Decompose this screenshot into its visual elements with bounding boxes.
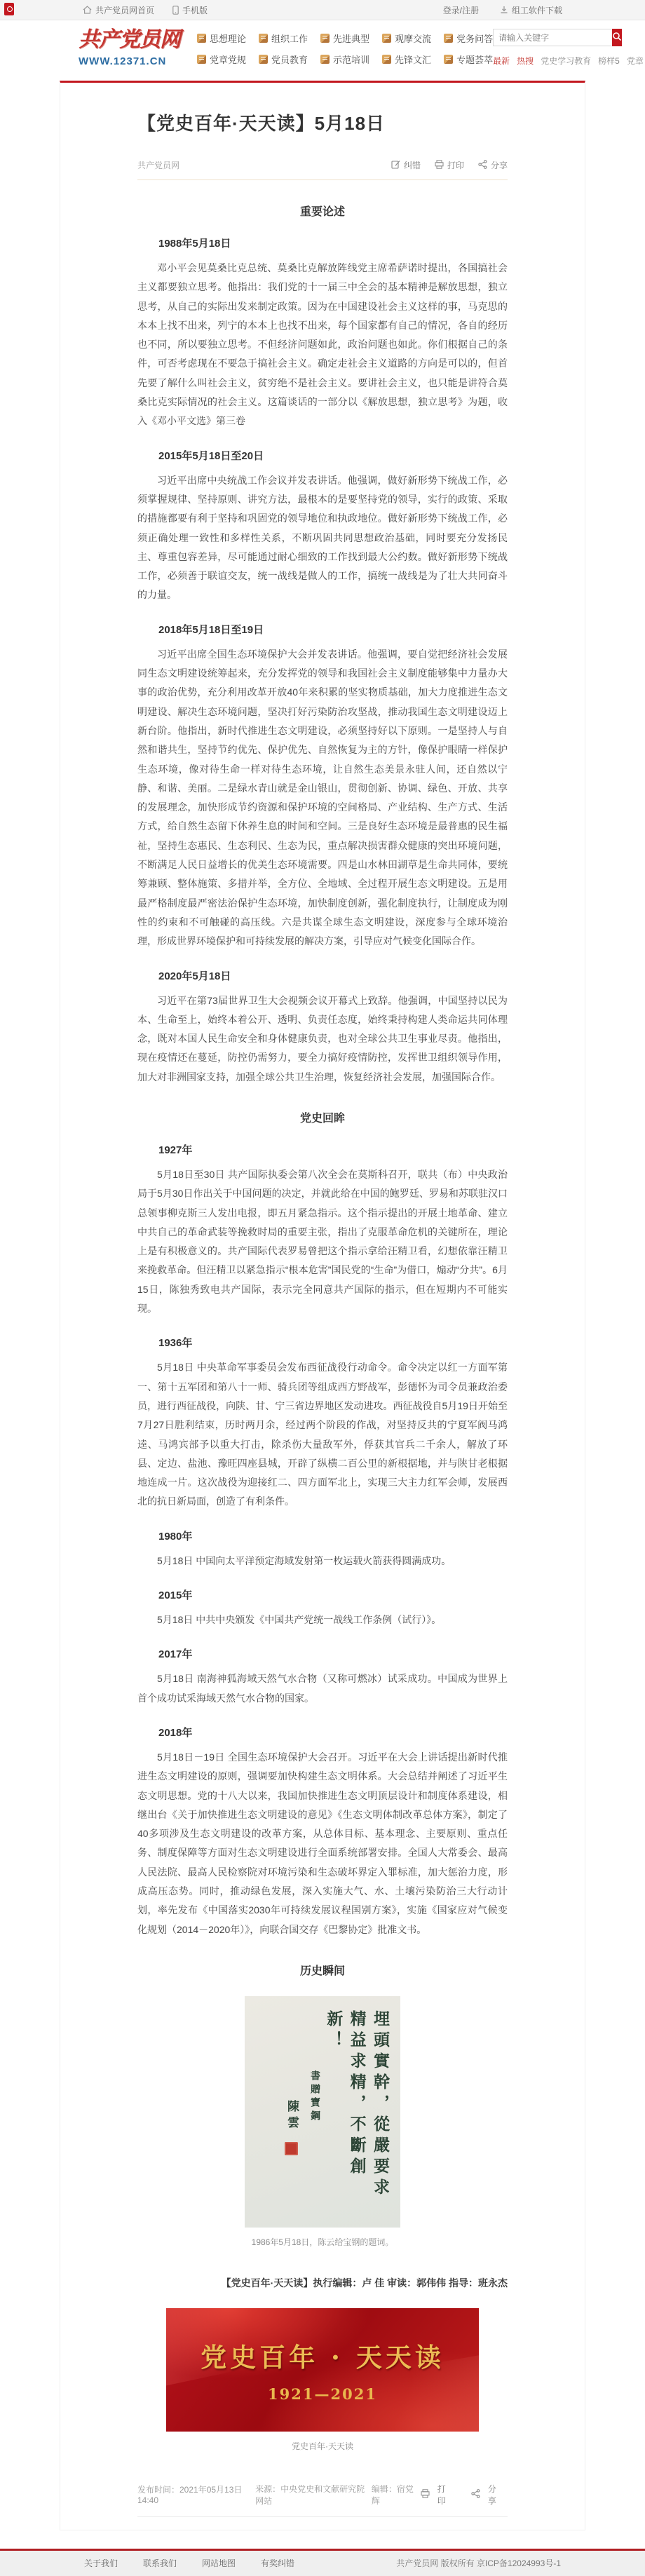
hot-word-dangzhang[interactable]: 党章 [627, 55, 644, 67]
search-button[interactable] [612, 29, 622, 46]
nav-doc-icon [259, 55, 268, 64]
nav-label: 先进典型 [333, 32, 369, 45]
site-badge-icon [4, 3, 14, 15]
entry-paragraph: 5月18日－19日 全国生态环境保护大会召开。习近平在大会上讲话提出新时代推进生… [137, 1748, 508, 1939]
footer-link-contact[interactable]: 联系我们 [143, 2557, 177, 2569]
nav-doc-icon [197, 34, 206, 43]
entry-paragraph: 5月18日 中央革命军事委员会发布西征战役行动命令。命令决定以红一方面军第一、第… [137, 1358, 508, 1511]
share-label: 分享 [491, 159, 508, 171]
nav-item-dangwu-wenda[interactable]: 党务问答 [444, 32, 493, 45]
article-source: 共产党员网 [137, 159, 179, 171]
section-heading-important-remarks: 重要论述 [137, 203, 508, 219]
nav-label: 示范培训 [333, 53, 369, 66]
entry-date: 2018年 [137, 1725, 508, 1740]
site-logo-url: WWW.12371.CN [79, 55, 180, 67]
calligraphy-caption: 1986年5月18日，陈云给宝钢的题词。 [137, 2236, 508, 2248]
publish-time: 发布时间：2021年05月13日 14:40 [137, 2483, 251, 2505]
entry-paragraph: 习近平在第73届世界卫生大会视频会议开幕式上致辞。他强调，中国坚持以民为本、生命… [137, 991, 508, 1087]
footer-gap [0, 2530, 645, 2549]
publish-origin: 来源：中央党史和文献研究院网站 [255, 2483, 367, 2507]
section-heading-historic-moment: 历史瞬间 [137, 1962, 508, 1978]
nav-label: 党员教育 [271, 53, 308, 66]
nav-doc-icon [444, 55, 453, 64]
nav-doc-icon [259, 34, 268, 43]
mobile-link[interactable]: 手机版 [172, 4, 208, 16]
share-label: 分享 [488, 2483, 499, 2507]
banner-title-text: 党史百年 · 天天读 [201, 2336, 444, 2374]
nav-label: 先锋文汇 [395, 53, 431, 66]
entry-date: 2020年5月18日 [137, 968, 508, 983]
nav-label: 观摩交流 [395, 32, 431, 45]
entry-paragraph: 邓小平会见莫桑比克总统、莫桑比克解放阵线党主席希萨诺时提出，各国搞社会主义都要独… [137, 259, 508, 431]
footer-link-error-report[interactable]: 有奖纠错 [261, 2557, 294, 2569]
nav-doc-icon [382, 55, 391, 64]
correct-button[interactable]: 纠错 [391, 159, 421, 171]
site-logo[interactable]: 共产党员网 WWW.12371.CN [79, 29, 180, 67]
correct-icon [391, 160, 400, 171]
publish-meta-row: 发布时间：2021年05月13日 14:40 来源：中央党史和文献研究院网站 编… [137, 2483, 508, 2517]
nav-item-xianjin-dianxing[interactable]: 先进典型 [320, 32, 369, 45]
download-icon [500, 6, 508, 14]
entry-paragraph: 5月18日 中共中央颁发《中国共产党统一战线工作条例（试行）》。 [137, 1611, 508, 1629]
home-link-label: 共产党员网首页 [95, 4, 154, 16]
entry-date: 1980年 [137, 1528, 508, 1543]
page-title: 【党史百年·天天读】5月18日 [137, 109, 508, 135]
login-register-link[interactable]: 登录/注册 [443, 4, 479, 16]
mobile-icon [172, 6, 179, 15]
hot-word-dangshi[interactable]: 党史学习教育 [541, 55, 591, 67]
hot-word-trending[interactable]: 热搜 [517, 55, 534, 67]
nav-item-guanmo-jiaoliu[interactable]: 观摩交流 [382, 32, 431, 45]
search-area: 最新 热搜 党史学习教育 榜样5 党章 [493, 29, 620, 67]
search-input[interactable] [493, 29, 612, 46]
print-button[interactable]: 打印 [435, 159, 464, 171]
series-banner-image: 党史百年 · 天天读 1921—2021 [166, 2308, 479, 2432]
share-icon [478, 160, 487, 171]
chenyun-calligraphy-image: 埋頭實幹，從嚴要求 精益求精，不斷創新！ 書贈寶鋼 陳雲 [245, 1996, 400, 2228]
site-footer: 关于我们 联系我们 网站地图 有奖纠错 共产党员网 版权所有 京ICP备1202… [0, 2549, 645, 2576]
nav-item-xianfeng-wenhui[interactable]: 先锋文汇 [382, 53, 431, 66]
calligraphy-column: 精益求精，不斷創新！ [322, 2010, 369, 2214]
top-utility-bar: 共产党员网首页 手机版 登录/注册 组工软件下载 [0, 0, 645, 20]
entry-date: 2017年 [137, 1646, 508, 1661]
nav-item-dangyuan-jiaoyu[interactable]: 党员教育 [259, 53, 308, 66]
footer-link-sitemap[interactable]: 网站地图 [202, 2557, 236, 2569]
print-label: 打印 [437, 2483, 449, 2507]
nav-doc-icon [320, 34, 330, 43]
software-download-label: 组工软件下载 [512, 4, 562, 16]
mobile-link-label: 手机版 [182, 4, 208, 16]
main-navigation: 思想理论 组织工作 先进典型 观摩交流 党务问答 党章党规 党员教育 示范培训 … [180, 29, 493, 74]
calligraphy-signature: 陳雲 [283, 2010, 301, 2214]
nav-item-sixiang-lilun[interactable]: 思想理论 [197, 32, 246, 45]
entry-paragraph: 5月18日 中国向太平洋预定海域发射第一枚运载火箭获得圆满成功。 [137, 1552, 508, 1571]
print-icon [421, 2489, 430, 2500]
nav-item-shifan-peixun[interactable]: 示范培训 [320, 53, 369, 66]
hot-word-bangyang5[interactable]: 榜样5 [598, 55, 620, 67]
home-link[interactable]: 共产党员网首页 [83, 4, 154, 16]
login-register-label: 登录/注册 [443, 4, 479, 16]
share-button[interactable]: 分享 [478, 159, 508, 171]
site-logo-text: 共产党员网 [79, 29, 180, 51]
nav-item-zhuanti-huicui[interactable]: 专题荟萃 [444, 53, 493, 66]
entry-paragraph: 习近平出席全国生态环境保护大会并发表讲话。他强调，要自觉把经济社会发展同生态文明… [137, 645, 508, 951]
nav-item-zuzhi-gongzuo[interactable]: 组织工作 [259, 32, 308, 45]
nav-doc-icon [197, 55, 206, 64]
nav-label: 党务问答 [456, 32, 493, 45]
publish-editor: 编辑：宿党辉 [372, 2483, 416, 2507]
article-card: 【党史百年·天天读】5月18日 共产党员网 纠错 打印 分享 重要论述 1 [60, 81, 585, 2530]
print-label: 打印 [447, 159, 464, 171]
section-heading-party-history-review: 党史回眸 [137, 1109, 508, 1125]
nav-label: 思想理论 [210, 32, 246, 45]
calligraphy-column: 埋頭實幹，從嚴要求 [369, 2010, 392, 2214]
home-icon [83, 6, 92, 14]
correct-label: 纠错 [404, 159, 421, 171]
entry-date: 1927年 [137, 1142, 508, 1157]
editor-credits-line: 【党史百年·天天读】执行编辑：卢 佳 审读：郭伟伟 指导：班永杰 [137, 2276, 508, 2290]
entry-date: 1936年 [137, 1335, 508, 1350]
nav-label: 组织工作 [271, 32, 308, 45]
red-seal-icon [285, 2142, 298, 2155]
nav-label: 专题荟萃 [456, 53, 493, 66]
entry-paragraph: 5月18日至30日 共产国际执委会第八次全会在莫斯科召开，联共（布）中央政治局于… [137, 1165, 508, 1318]
hot-word-latest[interactable]: 最新 [493, 55, 510, 67]
footer-link-about[interactable]: 关于我们 [84, 2557, 118, 2569]
search-icon [612, 32, 622, 43]
entry-date: 2015年 [137, 1587, 508, 1602]
calligraphy-figure: 埋頭實幹，從嚴要求 精益求精，不斷創新！ 書贈寶鋼 陳雲 [245, 1996, 400, 2228]
entry-paragraph: 习近平出席中央统战工作会议并发表讲话。他强调，做好新形势下统战工作，必须掌握规律… [137, 471, 508, 605]
entry-date: 2015年5月18日至20日 [137, 448, 508, 463]
hot-search-row: 最新 热搜 党史学习教育 榜样5 党章 [493, 55, 620, 67]
entry-date: 1988年5月18日 [137, 236, 508, 250]
entry-paragraph: 5月18日 南海神狐海域天然气水合物（又称可燃冰）试采成功。中国成为世界上首个成… [137, 1669, 508, 1708]
calligraphy-signature-text: 陳雲 [285, 2100, 299, 2132]
nav-doc-icon [382, 34, 391, 43]
banner-caption: 党史百年·天天读 [137, 2440, 508, 2452]
banner-years-text: 1921—2021 [268, 2385, 377, 2403]
nav-doc-icon [444, 34, 453, 43]
copyright-text: 共产党员网 版权所有 京ICP备12024993号-1 [396, 2557, 561, 2569]
software-download-link[interactable]: 组工软件下载 [500, 4, 562, 16]
calligraphy-column: 書贈寶鋼 [308, 2010, 322, 2214]
print-button-bottom[interactable]: 打印 [421, 2483, 453, 2507]
share-icon [471, 2489, 480, 2500]
nav-item-dangzhang-danggui[interactable]: 党章党规 [197, 53, 246, 66]
nav-label: 党章党规 [210, 53, 246, 66]
byline-row: 共产党员网 纠错 打印 分享 [137, 159, 508, 180]
print-icon [435, 160, 444, 171]
nav-doc-icon [320, 55, 330, 64]
share-button-bottom[interactable]: 分享 [471, 2483, 503, 2507]
entry-date: 2018年5月18日至19日 [137, 622, 508, 637]
site-header: 共产党员网 WWW.12371.CN 思想理论 组织工作 先进典型 观摩交流 党… [0, 20, 645, 81]
